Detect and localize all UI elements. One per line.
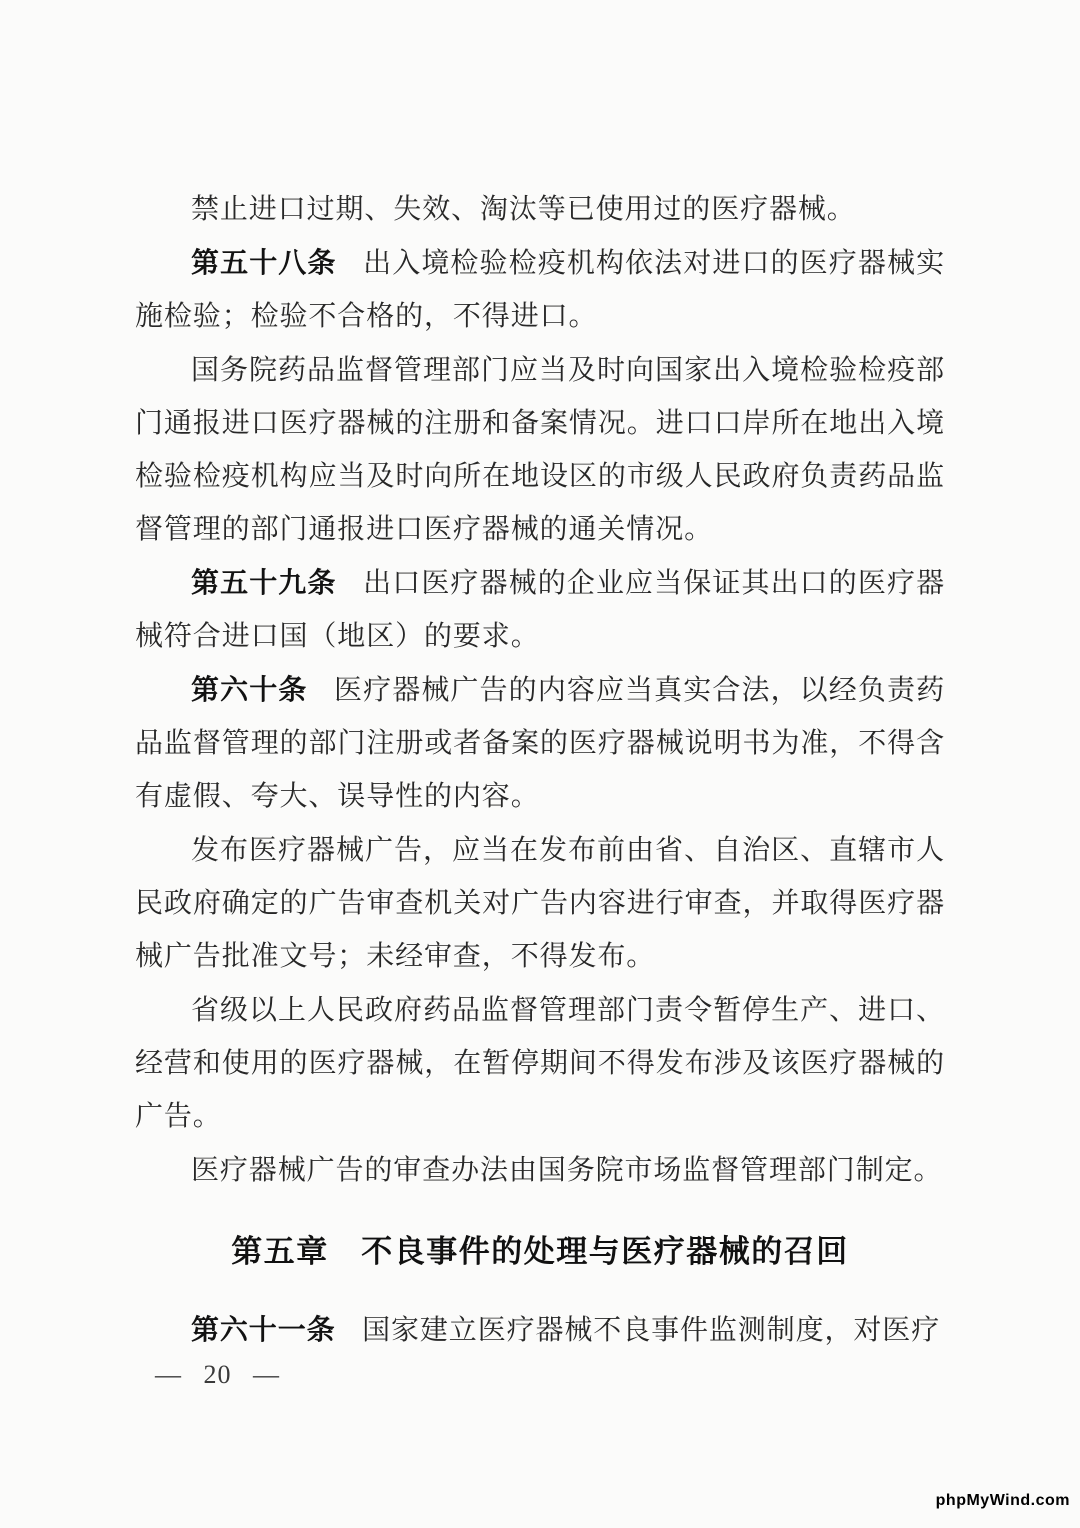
paragraph-article60: 第六十条医疗器械广告的内容应当真实合法，以经负责药品监督管理的部门注册或者备案的… bbox=[135, 663, 945, 823]
document-body: 禁止进口过期、失效、淘汰等已使用过的医疗器械。 第五十八条出入境检验检疫机构依法… bbox=[0, 182, 1080, 1357]
page-number: — 20 — bbox=[155, 1360, 280, 1390]
paragraph-text: 禁止进口过期、失效、淘汰等已使用过的医疗器械。 bbox=[191, 194, 856, 225]
paragraph-article58-clause2: 国务院药品监督管理部门应当及时向国家出入境检验检疫部门通报进口医疗器械的注册和备… bbox=[135, 343, 945, 556]
document-page: 禁止进口过期、失效、淘汰等已使用过的医疗器械。 第五十八条出入境检验检疫机构依法… bbox=[0, 0, 1080, 1528]
article-number: 第六十条 bbox=[191, 674, 307, 705]
watermark: phpMyWind.com bbox=[936, 1492, 1070, 1510]
paragraph-article60-clause2: 发布医疗器械广告，应当在发布前由省、自治区、直辖市人民政府确定的广告审查机关对广… bbox=[135, 823, 945, 983]
paragraph-article60-clause4: 医疗器械广告的审查办法由国务院市场监督管理部门制定。 bbox=[135, 1143, 945, 1197]
paragraph-text: 发布医疗器械广告，应当在发布前由省、自治区、直辖市人民政府确定的广告审查机关对广… bbox=[135, 835, 945, 972]
article-number: 第六十一条 bbox=[191, 1314, 336, 1345]
paragraph-text: 国务院药品监督管理部门应当及时向国家出入境检验检疫部门通报进口医疗器械的注册和备… bbox=[135, 355, 945, 545]
paragraph-article59: 第五十九条出口医疗器械的企业应当保证其出口的医疗器械符合进口国（地区）的要求。 bbox=[135, 556, 945, 663]
article-number: 第五十九条 bbox=[191, 567, 337, 598]
chapter-heading: 第五章 不良事件的处理与医疗器械的召回 bbox=[135, 1225, 945, 1278]
paragraph-text: 省级以上人民政府药品监督管理部门责令暂停生产、进口、经营和使用的医疗器械，在暂停… bbox=[135, 995, 945, 1132]
paragraph-text: 医疗器械广告的审查办法由国务院市场监督管理部门制定。 bbox=[191, 1155, 942, 1186]
article-number: 第五十八条 bbox=[191, 247, 337, 278]
paragraph-text: 国家建立医疗器械不良事件监测制度，对医疗 bbox=[362, 1315, 940, 1346]
paragraph-article61: 第六十一条国家建立医疗器械不良事件监测制度，对医疗 bbox=[135, 1303, 945, 1357]
paragraph-article60-clause3: 省级以上人民政府药品监督管理部门责令暂停生产、进口、经营和使用的医疗器械，在暂停… bbox=[135, 983, 945, 1143]
paragraph-article58: 第五十八条出入境检验检疫机构依法对进口的医疗器械实施检验；检验不合格的，不得进口… bbox=[135, 236, 945, 343]
paragraph-article57-continuation: 禁止进口过期、失效、淘汰等已使用过的医疗器械。 bbox=[135, 182, 945, 236]
